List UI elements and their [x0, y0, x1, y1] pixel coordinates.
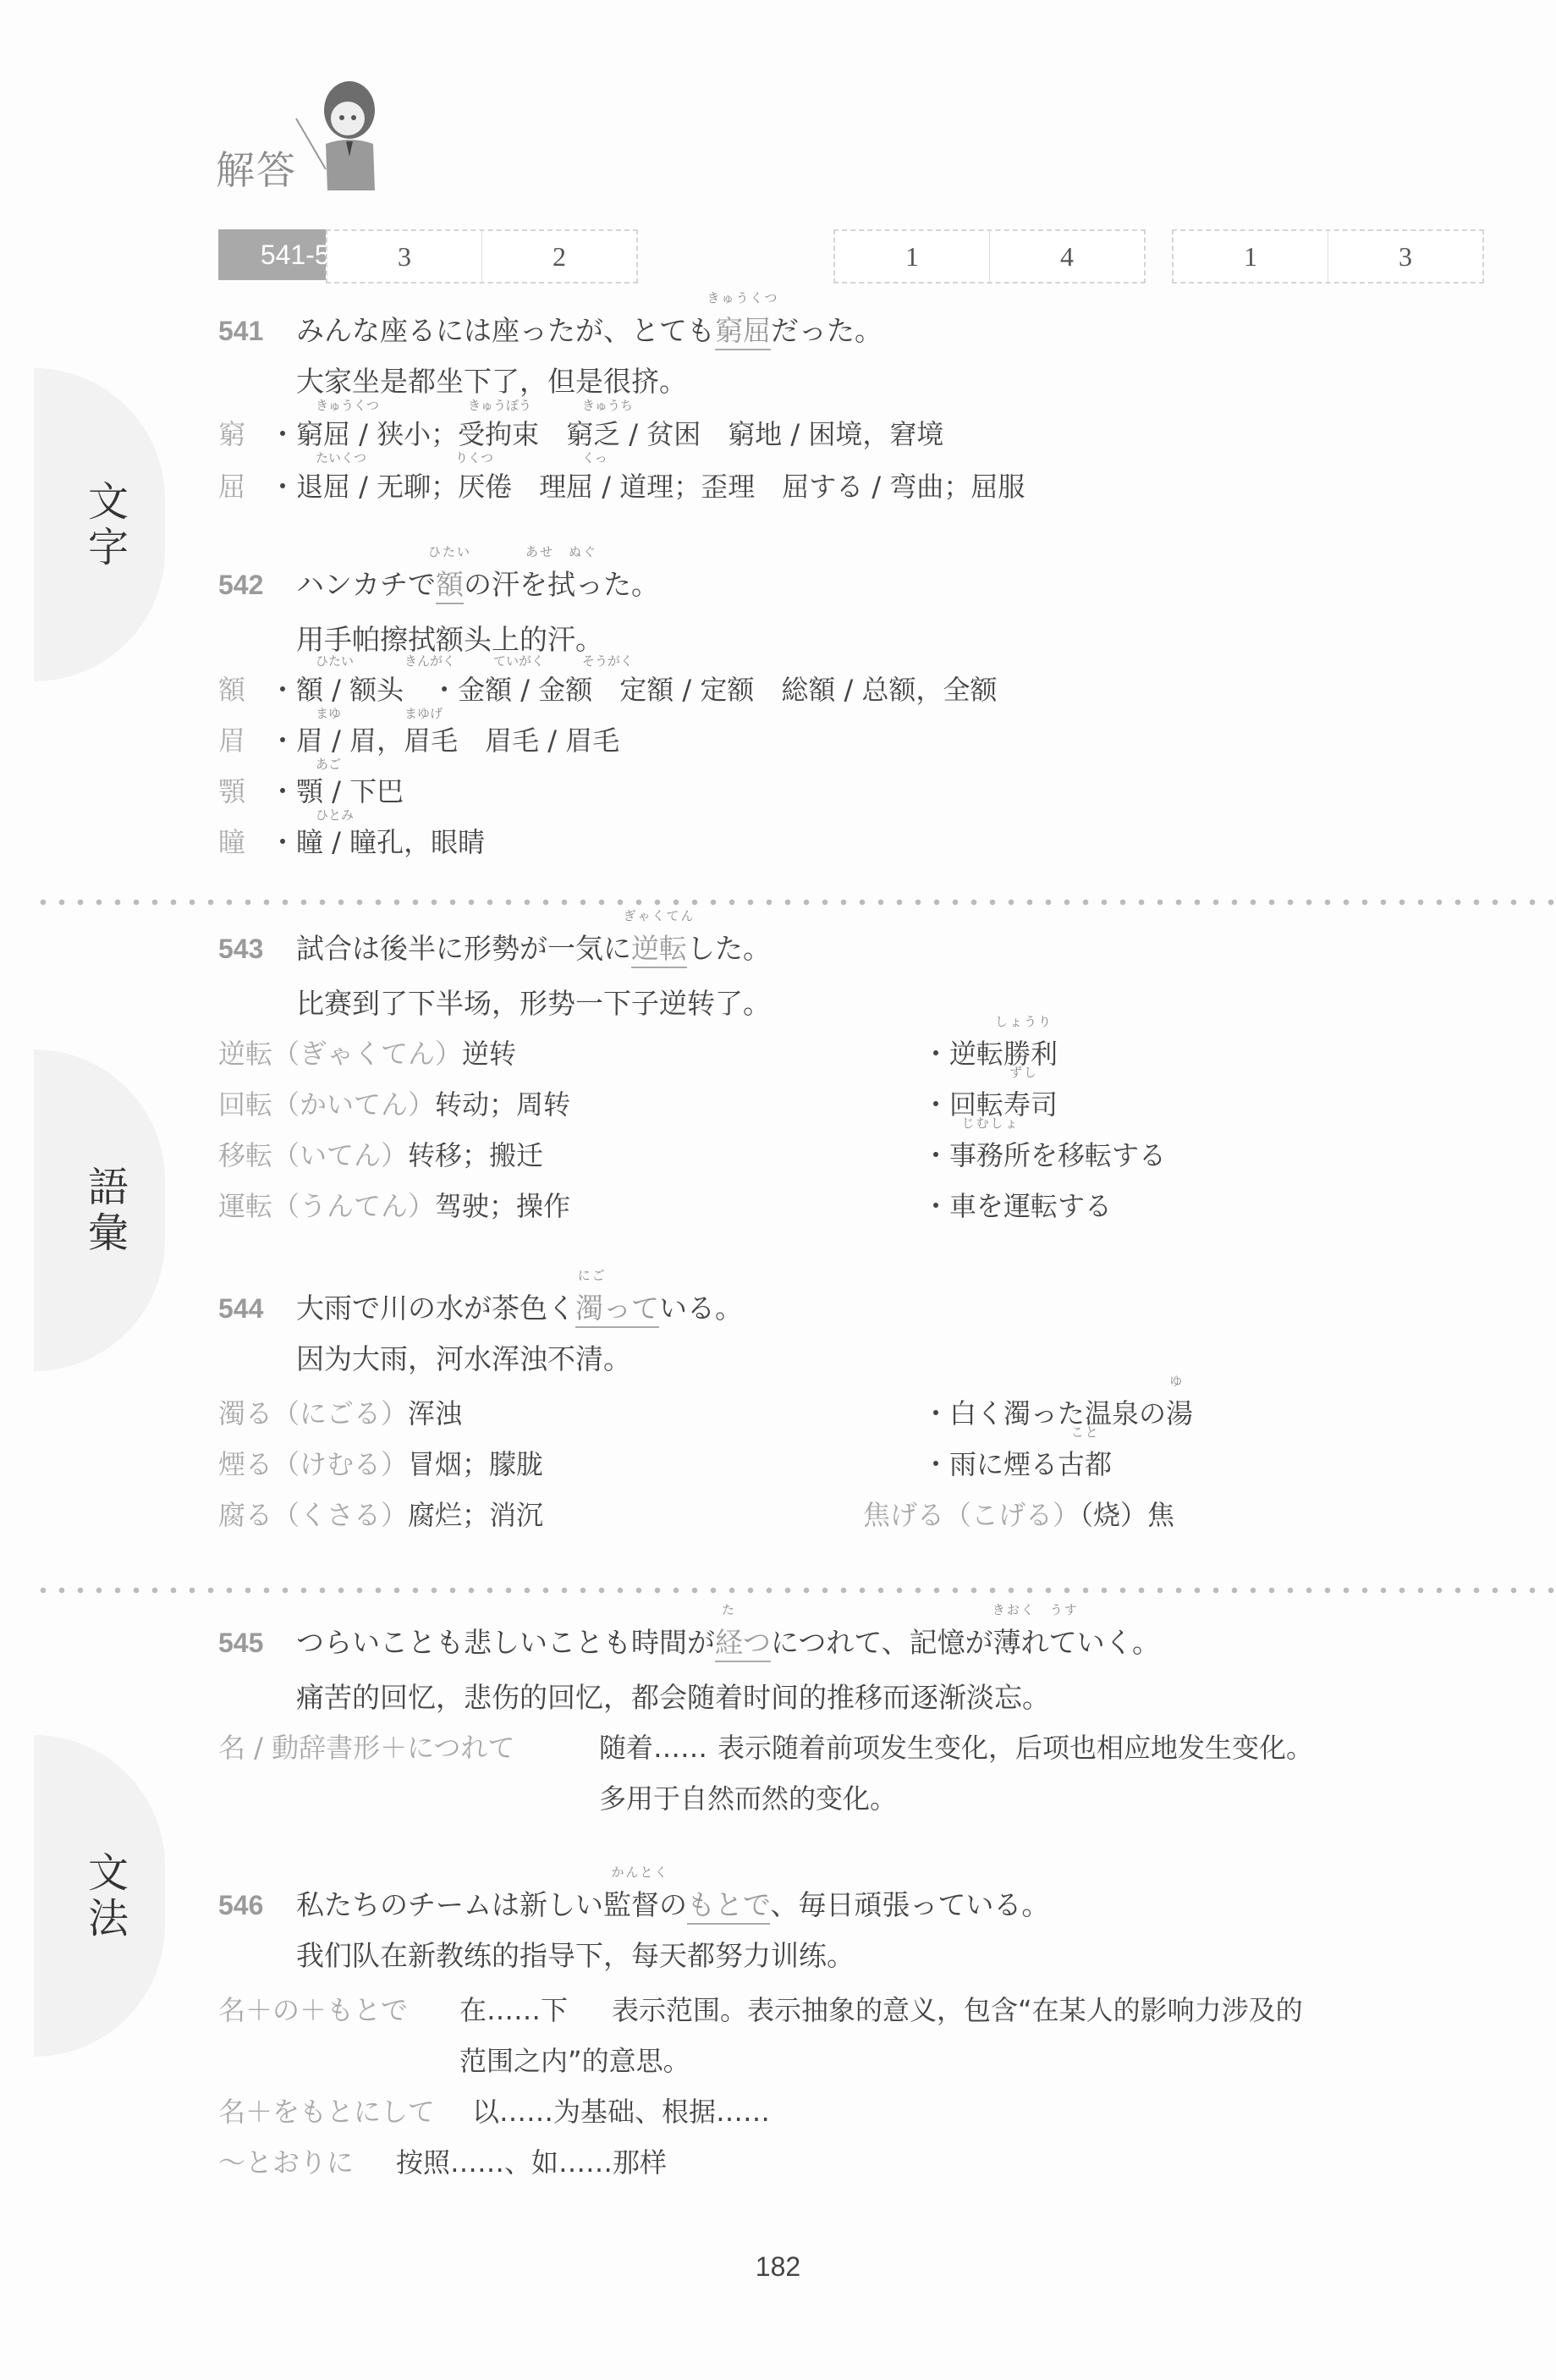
question-544: 544大雨で川の水が茶色くにご濁っている。 — [218, 1286, 743, 1326]
translation-546: 我们队在新教练的指导下，每天都努力训练。 — [296, 1934, 855, 1974]
side-tab-moji[interactable]: 文字 — [34, 368, 165, 681]
question-number: 544 — [218, 1293, 296, 1325]
grammar-entry: ～とおりに按照……、如……那样 — [218, 2141, 667, 2180]
grammar-entry: 名＋の＋もとで在……下表示范围。表示抽象的意义，包含“在某人的影响力涉及的 — [218, 1989, 1303, 2028]
answer-543: 1 — [835, 231, 989, 282]
target-word: 窮屈 — [715, 314, 771, 350]
grammar-entry: 名＋をもとにして以……为基础、根据…… — [218, 2091, 770, 2129]
section-divider — [34, 1587, 1556, 1594]
answer-545: 1 — [1174, 231, 1328, 282]
answer-group-1: 3 2 — [326, 229, 638, 284]
grammar-pattern: 名 / 動辞書形＋につれて — [218, 1727, 599, 1766]
vocab-example: ・車を運転する — [922, 1185, 1112, 1224]
vocab-entry: 濁る（にごる）浑浊 — [218, 1392, 462, 1431]
answer-group-2: 1 4 — [833, 229, 1146, 284]
question-546: 546かんとく私たちのチームは新しい監督のもとで、毎日頑張っている。 — [218, 1883, 1049, 1923]
translation-541: 大家坐是都坐下了，但是很挤。 — [296, 360, 687, 399]
kanji-entry: 瞳・瞳 / 瞳孔，眼睛 — [218, 821, 485, 860]
teacher-mascot-icon — [292, 72, 385, 195]
question-number: 541 — [218, 316, 296, 347]
grammar-pattern: ～とおりに — [218, 2141, 396, 2180]
answer-546: 3 — [1328, 231, 1482, 282]
kanji-entry: 窮・窮屈 / 狭小；受拘束 窮乏 / 贫困 窮地 / 困境，窘境 — [218, 413, 943, 452]
vocab-entry: 焦げる（こげる）（烧）焦 — [863, 1494, 1174, 1533]
grammar-pattern: 名＋の＋もとで — [218, 1989, 459, 2028]
answer-542: 2 — [481, 231, 636, 282]
grammar-pattern: 名＋をもとにして — [218, 2091, 472, 2129]
target-word: 濁って — [575, 1292, 659, 1328]
target-word: 額 — [436, 568, 464, 604]
side-tab-bunpou[interactable]: 文法 — [34, 1735, 165, 2057]
side-tab-label: 語彙 — [86, 1165, 130, 1256]
answer-541: 3 — [327, 231, 481, 282]
question-number: 543 — [218, 934, 296, 965]
answer-544: 4 — [989, 231, 1144, 282]
ruby-line: たいくつ りくつ くっ — [218, 449, 608, 466]
vocab-entry: 腐る（くさる）腐烂；消沉 — [218, 1494, 543, 1533]
vocab-example: じむしょ・事務所を移転する — [922, 1134, 1166, 1173]
vocab-entry: 回転（かいてん）转动；周转 — [218, 1083, 570, 1122]
vocab-entry: 煙る（けむる）冒烟；朦胧 — [218, 1443, 543, 1482]
kanji-entry: 眉・眉 / 眉，眉毛 眉毛 / 眉毛 — [218, 719, 619, 758]
question-number: 545 — [218, 1628, 296, 1659]
vocab-example: ゆ・白く濁った温泉の湯 — [922, 1392, 1193, 1431]
vocab-entry: 逆転（ぎゃくてん）逆转 — [218, 1033, 516, 1072]
translation-544: 因为大雨，河水浑浊不清。 — [296, 1337, 631, 1377]
section-divider — [34, 899, 1556, 906]
grammar-explanation: 范围之内”的意思。 — [459, 2040, 690, 2079]
vocab-entry: 運転（うんてん）驾驶；操作 — [218, 1185, 570, 1224]
kanji-entry: 屈・退屈 / 无聊；厌倦 理屈 / 道理；歪理 屈する / 弯曲；屈服 — [218, 466, 1025, 504]
answer-group-3: 1 3 — [1172, 229, 1484, 284]
vocab-example: こと・雨に煙る古都 — [922, 1443, 1112, 1482]
question-number: 546 — [218, 1890, 296, 1921]
question-number: 542 — [218, 570, 296, 601]
section-title: 解答 — [216, 140, 297, 196]
grammar-entry: 名 / 動辞書形＋につれて随着……表示随着前项发生变化，后项也相应地发生变化。 — [218, 1727, 1313, 1766]
target-word: もとで — [687, 1888, 770, 1925]
target-word: 逆転 — [631, 932, 687, 968]
target-word: 経つ — [715, 1626, 771, 1662]
translation-543: 比赛到了下半场，形势一下子逆转了。 — [296, 982, 771, 1022]
side-tab-label: 文法 — [86, 1850, 130, 1942]
vocab-entry: 移転（いてん）转移；搬迁 — [218, 1134, 543, 1173]
page-number: 182 — [0, 2251, 1556, 2283]
question-541: 541みんな座るには座ったが、とてもきゅうくつ窮屈だった。 — [218, 309, 882, 349]
translation-545: 痛苦的回忆，悲伤的回忆，都会随着时间的推移而逐渐淡忘。 — [296, 1676, 1050, 1716]
ruby-line: ひたい きんがく ていがく そうがく — [218, 652, 633, 669]
question-545: 545つらいことも悲しいことも時間がた経つきおく うすにつれて、記憶が薄れていく… — [218, 1621, 1160, 1661]
grammar-explanation: 多用于自然而然的变化。 — [599, 1777, 897, 1816]
side-tab-goi[interactable]: 語彙 — [34, 1050, 165, 1371]
kanji-entry: 額・額 / 额头 ・金額 / 金额 定額 / 定额 総額 / 总额，全额 — [218, 669, 998, 708]
kanji-entry: 顎・顎 / 下巴 — [218, 770, 404, 809]
question-542: 542ハンカチでひたい額あせ ぬぐの汗を拭った。 — [218, 563, 659, 603]
ruby-line: きゅうくつ きゅうぼう きゅうち — [218, 396, 633, 414]
question-543: 543試合は後半に形勢が一気にぎゃくてん逆転した。 — [218, 927, 771, 967]
side-tab-label: 文字 — [86, 479, 130, 570]
